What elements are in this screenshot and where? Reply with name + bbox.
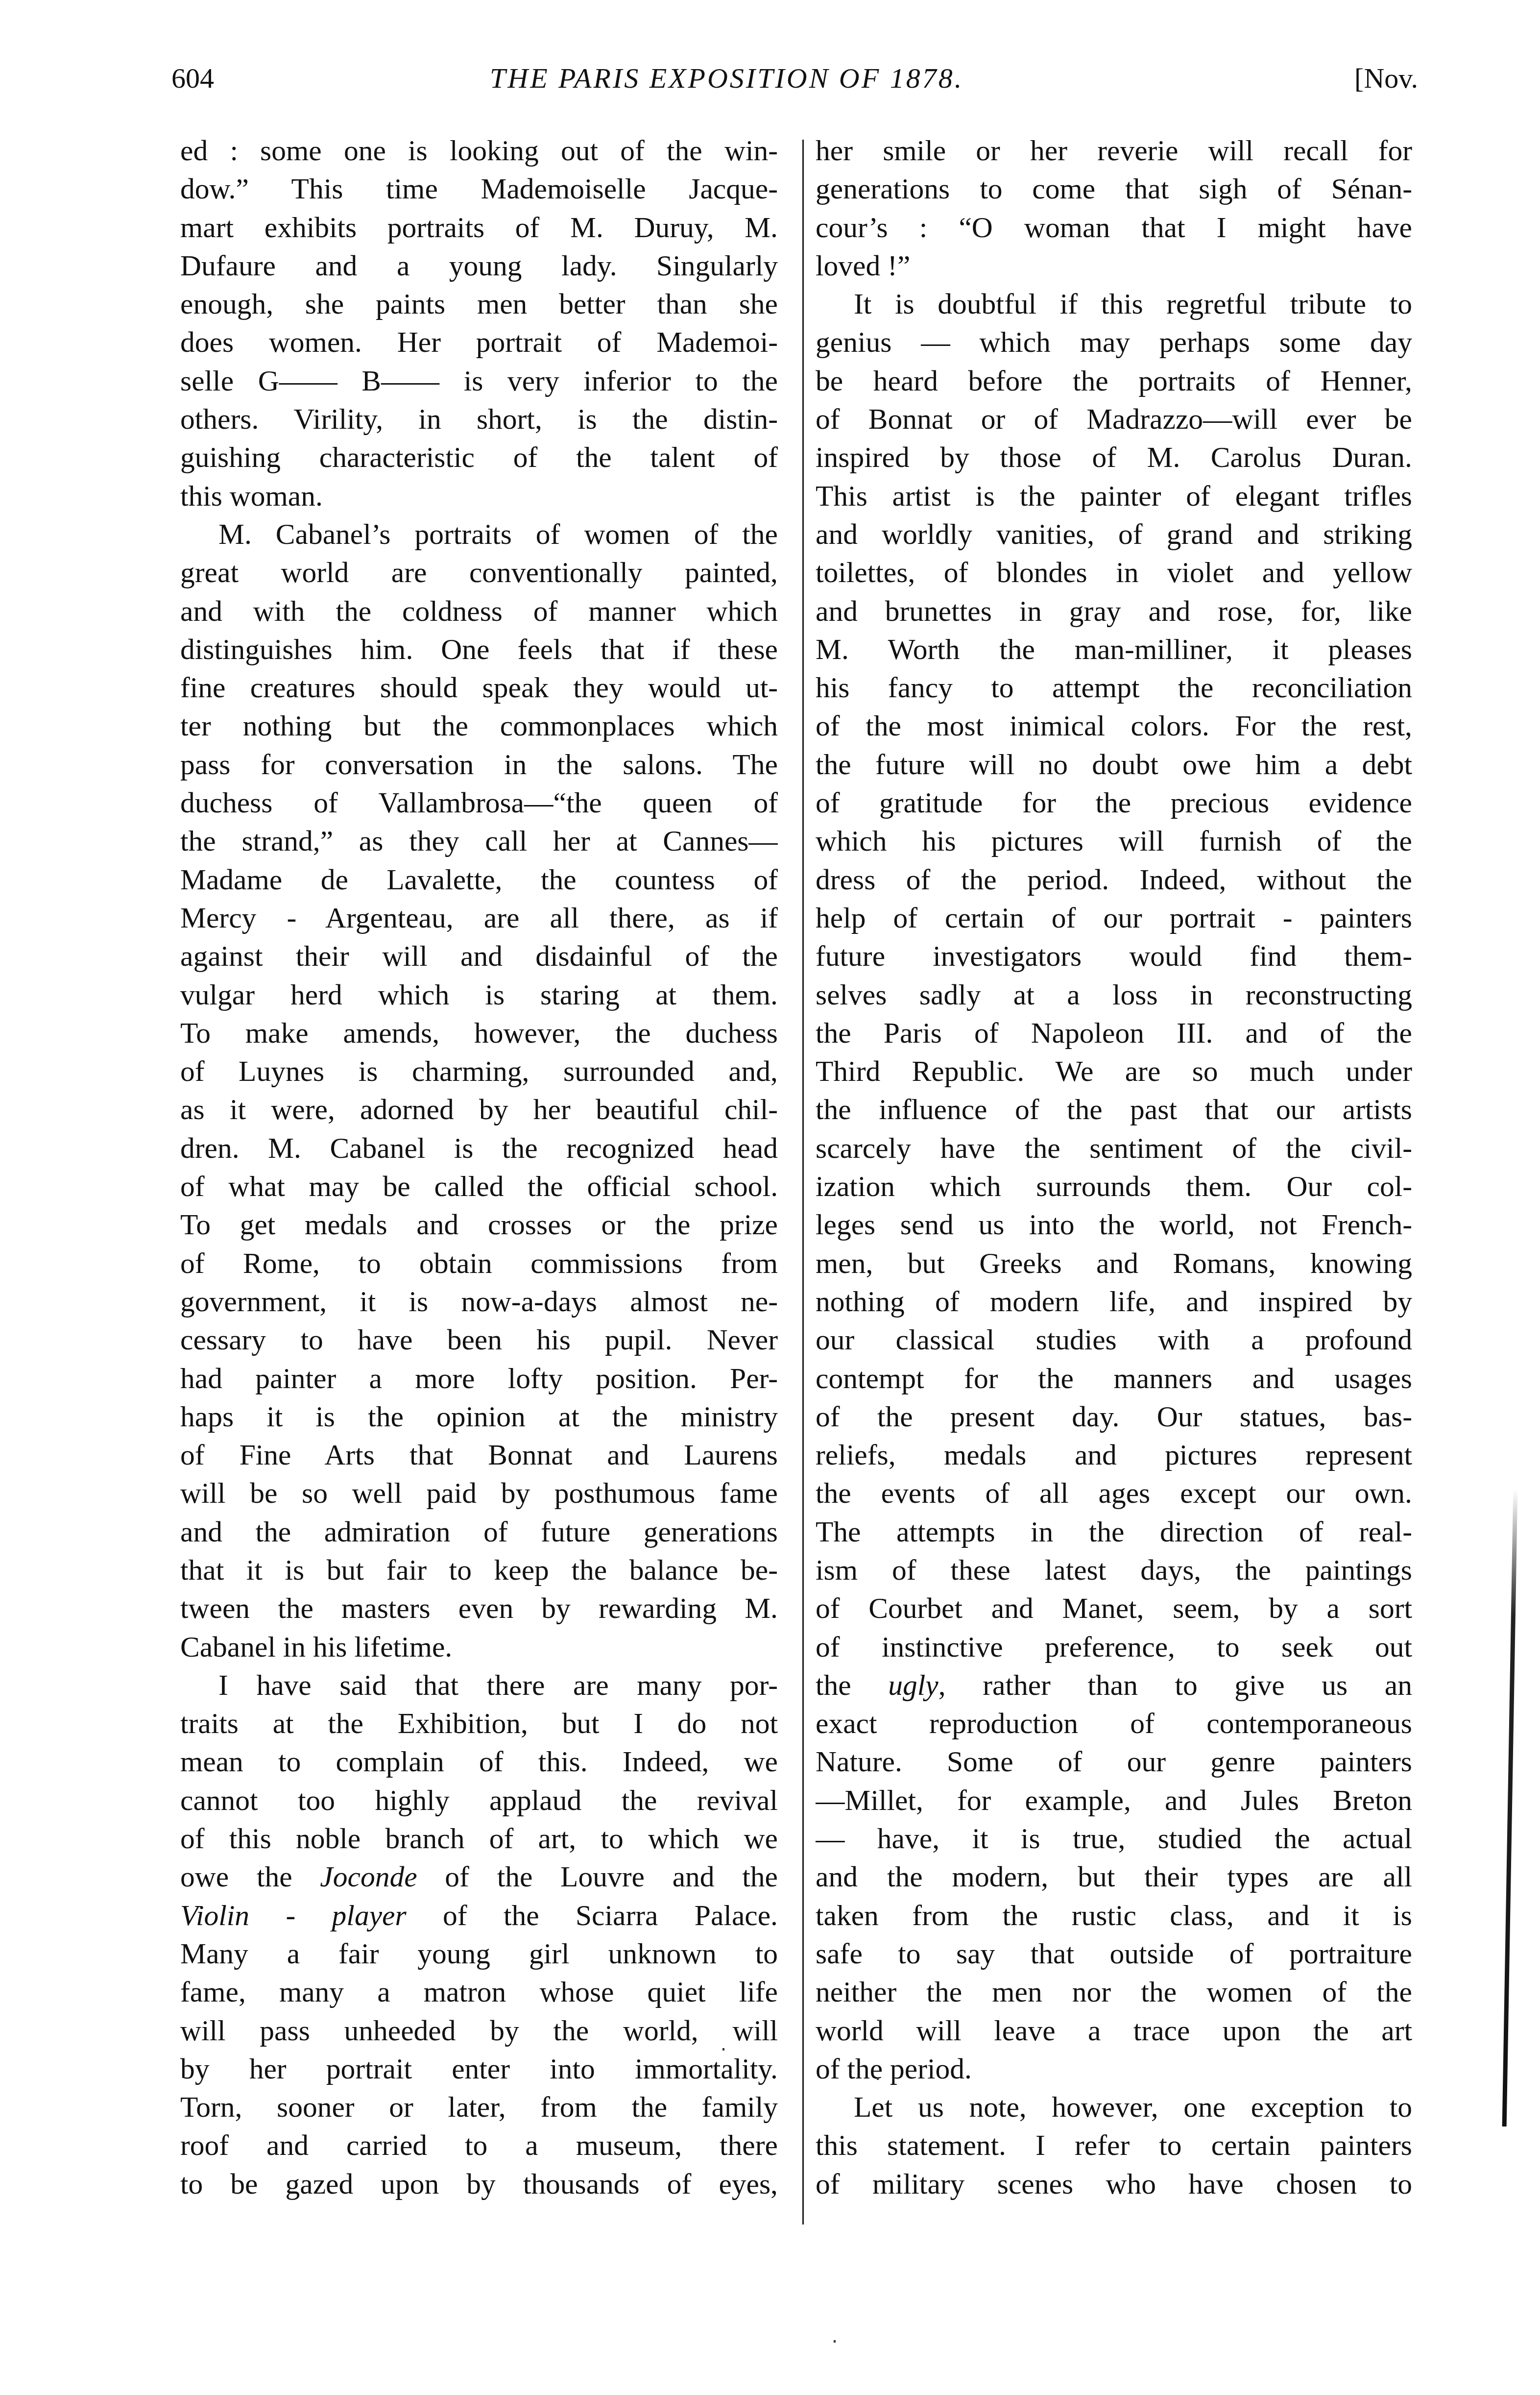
text-line: dress of the period. Indeed, without the xyxy=(816,860,1412,899)
text-line: Many a fair young girl unknown to xyxy=(180,1934,778,1973)
italic-title: Joconde xyxy=(320,1860,417,1893)
text-line: Third Republic. We are so much under xyxy=(816,1052,1412,1090)
text-line: ter nothing but the commonplaces which xyxy=(180,707,778,745)
text-line: and brunettes in gray and rose, for, lik… xyxy=(816,592,1412,630)
text-line: toilettes, of blondes in violet and yell… xyxy=(816,553,1412,591)
text-run: , rather than to give us an xyxy=(938,1669,1412,1701)
text-line: generations to come that sigh of Sénan- xyxy=(816,170,1412,208)
text-line: had painter a more lofty position. Per- xyxy=(180,1359,778,1397)
text-line: guishing characteristic of the talent of xyxy=(180,438,778,476)
text-line: the strand,” as they call her at Cannes— xyxy=(180,822,778,860)
text-line: leges send us into the world, not French… xyxy=(816,1205,1412,1244)
text-line: neither the men nor the women of the xyxy=(816,1973,1412,2011)
text-line: world will leave a trace upon the art xyxy=(816,2011,1412,2050)
text-line: that it is but fair to keep the balance … xyxy=(180,1551,778,1589)
text-line: as it were, adorned by her beautiful chi… xyxy=(180,1090,778,1128)
text-line: Nature. Some of our genre painters xyxy=(816,1742,1412,1781)
text-line: ization which surrounds them. Our col- xyxy=(816,1167,1412,1205)
text-line: owe the Joconde of the Louvre and the xyxy=(180,1857,778,1896)
italic-title: Violin - player xyxy=(180,1899,407,1931)
text-line: Mercy - Argenteau, are all there, as if xyxy=(180,899,778,937)
text-line: Cabanel in his lifetime. xyxy=(180,1628,778,1666)
text-line: tween the masters even by rewarding M. xyxy=(180,1589,778,1627)
document-page: 604 THE PARIS EXPOSITION OF 1878. [Nov. … xyxy=(0,0,1540,2395)
text-line: mart exhibits portraits of M. Duruy, M. xyxy=(180,208,778,246)
text-line: of the most inimical colors. For the res… xyxy=(816,707,1412,745)
text-line: M. Worth the man-milliner, it pleases xyxy=(816,630,1412,668)
text-line: the Paris of Napoleon III. and of the xyxy=(816,1014,1412,1052)
text-line: To make amends, however, the duchess xyxy=(180,1014,778,1052)
text-line: duchess of Vallambrosa—“the queen of xyxy=(180,783,778,822)
text-line: ism of these latest days, the paintings xyxy=(816,1551,1412,1589)
text-line: traits at the Exhibition, but I do not xyxy=(180,1704,778,1742)
running-header: 604 THE PARIS EXPOSITION OF 1878. [Nov. xyxy=(171,59,1418,98)
text-line: cessary to have been his pupil. Never xyxy=(180,1320,778,1359)
text-line: fame, many a matron whose quiet life xyxy=(180,1973,778,2011)
text-line: and worldly vanities, of grand and strik… xyxy=(816,515,1412,553)
text-line: Torn, sooner or later, from the family xyxy=(180,2088,778,2126)
text-line: cour’s : “O woman that I might have xyxy=(816,208,1412,246)
text-run: the xyxy=(816,1669,888,1701)
text-line: roof and carried to a museum, there xyxy=(180,2126,778,2164)
text-line: distinguishes him. One feels that if the… xyxy=(180,630,778,668)
text-line: and the modern, but their types are all xyxy=(816,1857,1412,1896)
text-line: our classical studies with a profound xyxy=(816,1320,1412,1359)
issue-month: [Nov. xyxy=(1354,59,1418,98)
text-line: of military scenes who have chosen to xyxy=(816,2165,1412,2203)
text-line: Violin - player of the Sciarra Palace. xyxy=(180,1896,778,1934)
text-line: cannot too highly applaud the revival xyxy=(180,1781,778,1819)
column-divider xyxy=(802,140,804,2224)
text-line: To get medals and crosses or the prize xyxy=(180,1205,778,1244)
text-line: help of certain of our portrait - painte… xyxy=(816,899,1412,937)
text-line: of Luynes is charming, surrounded and, xyxy=(180,1052,778,1090)
text-line: selves sadly at a loss in reconstructing xyxy=(816,976,1412,1014)
scan-speck xyxy=(722,2048,724,2051)
text-line: mean to complain of this. Indeed, we xyxy=(180,1742,778,1781)
text-line: be heard before the portraits of Henner, xyxy=(816,362,1412,400)
text-line: It is doubtful if this regretful tribute… xyxy=(816,285,1412,323)
text-line: This artist is the painter of elegant tr… xyxy=(816,477,1412,515)
scan-speck xyxy=(834,2340,836,2343)
text-line: men, but Greeks and Romans, knowing xyxy=(816,1244,1412,1282)
text-line: —Millet, for example, and Jules Breton xyxy=(816,1781,1412,1819)
running-title: THE PARIS EXPOSITION OF 1878. xyxy=(490,59,963,98)
text-line: and the admiration of future generations xyxy=(180,1513,778,1551)
text-line: contempt for the manners and usages xyxy=(816,1359,1412,1397)
scan-page-edge xyxy=(1502,1490,1518,2126)
text-run: owe the xyxy=(180,1860,320,1893)
text-line: dren. M. Cabanel is the recognized head xyxy=(180,1129,778,1167)
text-line: the future will no doubt owe him a debt xyxy=(816,745,1412,783)
text-line: fine creatures should speak they would u… xyxy=(180,668,778,707)
text-line: The attempts in the direction of real- xyxy=(816,1513,1412,1551)
right-text-column: her smile or her reverie will recall for… xyxy=(816,131,1412,2203)
text-line: of Courbet and Manet, seem, by a sort xyxy=(816,1589,1412,1627)
text-line: taken from the rustic class, and it is xyxy=(816,1896,1412,1934)
text-line: of the period. xyxy=(816,2050,1412,2088)
text-line: his fancy to attempt the reconciliation xyxy=(816,668,1412,707)
text-line: government, it is now-a-days almost ne- xyxy=(180,1282,778,1320)
text-line: of Rome, to obtain commissions from xyxy=(180,1244,778,1282)
text-line: the influence of the past that our artis… xyxy=(816,1090,1412,1128)
text-line: of gratitude for the precious evidence xyxy=(816,783,1412,822)
italic-title: ugly xyxy=(888,1669,938,1701)
text-line: selle G—— B—— is very inferior to the xyxy=(180,362,778,400)
text-line: does women. Her portrait of Mademoi- xyxy=(180,323,778,361)
text-line: — have, it is true, studied the actual xyxy=(816,1819,1412,1857)
text-line: exact reproduction of contemporaneous xyxy=(816,1704,1412,1742)
text-line: Let us note, however, one exception to xyxy=(816,2088,1412,2126)
text-run: of the Louvre and the xyxy=(417,1860,778,1893)
text-line: enough, she paints men better than she xyxy=(180,285,778,323)
text-line: ed : some one is looking out of the win- xyxy=(180,131,778,170)
text-line: great world are conventionally painted, xyxy=(180,553,778,591)
text-line: nothing of modern life, and inspired by xyxy=(816,1282,1412,1320)
text-line: of Fine Arts that Bonnat and Laurens xyxy=(180,1436,778,1474)
text-line: future investigators would find them- xyxy=(816,937,1412,975)
text-line: reliefs, medals and pictures represent xyxy=(816,1436,1412,1474)
text-line: others. Virility, in short, is the disti… xyxy=(180,400,778,438)
text-line: M. Cabanel’s portraits of women of the xyxy=(180,515,778,553)
text-line: Madame de Lavalette, the countess of xyxy=(180,860,778,899)
text-line: genius — which may perhaps some day xyxy=(816,323,1412,361)
text-line: dow.” This time Mademoiselle Jacque- xyxy=(180,170,778,208)
text-line: and with the coldness of manner which xyxy=(180,592,778,630)
text-line: of the present day. Our statues, bas- xyxy=(816,1397,1412,1436)
text-line: the ugly, rather than to give us an xyxy=(816,1666,1412,1704)
text-line: Dufaure and a young lady. Singularly xyxy=(180,246,778,285)
text-line: against their will and disdainful of the xyxy=(180,937,778,975)
text-run: of the Sciarra Palace. xyxy=(407,1899,778,1931)
text-line: I have said that there are many por- xyxy=(180,1666,778,1704)
text-line: this statement. I refer to certain paint… xyxy=(816,2126,1412,2164)
text-line: which his pictures will furnish of the xyxy=(816,822,1412,860)
text-line: vulgar herd which is staring at them. xyxy=(180,976,778,1014)
text-line: safe to say that outside of portraiture xyxy=(816,1934,1412,1973)
text-line: of Bonnat or of Madrazzo—will ever be xyxy=(816,400,1412,438)
text-line: will pass unheeded by the world, will xyxy=(180,2011,778,2050)
page-number: 604 xyxy=(171,59,214,98)
text-line: to be gazed upon by thousands of eyes, xyxy=(180,2165,778,2203)
left-text-column: ed : some one is looking out of the win-… xyxy=(180,131,778,2203)
text-line: haps it is the opinion at the ministry xyxy=(180,1397,778,1436)
text-line: will be so well paid by posthumous fame xyxy=(180,1474,778,1512)
text-line: this woman. xyxy=(180,477,778,515)
text-line: inspired by those of M. Carolus Duran. xyxy=(816,438,1412,476)
text-line: the events of all ages except our own. xyxy=(816,1474,1412,1512)
text-line: of instinctive preference, to seek out xyxy=(816,1628,1412,1666)
text-line: of what may be called the official schoo… xyxy=(180,1167,778,1205)
text-line: of this noble branch of art, to which we xyxy=(180,1819,778,1857)
scan-speck xyxy=(877,2077,879,2080)
text-line: her smile or her reverie will recall for xyxy=(816,131,1412,170)
text-line: scarcely have the sentiment of the civil… xyxy=(816,1129,1412,1167)
text-line: loved !” xyxy=(816,246,1412,285)
text-line: pass for conversation in the salons. The xyxy=(180,745,778,783)
text-line: by her portrait enter into immortality. xyxy=(180,2050,778,2088)
